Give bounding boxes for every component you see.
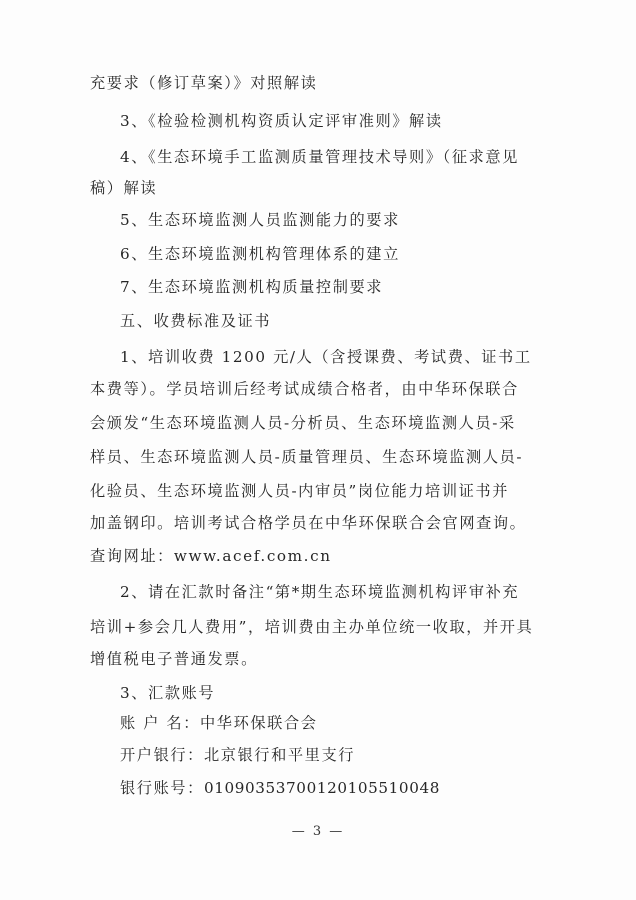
list-item-4: 4、《生态环境手工监测质量管理技术导则》（征求意见 — [120, 147, 565, 167]
remittance-note-line: 培训+参会几人费用”，培训费由主办单位统一收取，并开具 — [90, 617, 535, 637]
page-number: — 3 — — [0, 824, 636, 839]
account-number-label: 银行账号： — [120, 778, 204, 798]
text-line: 稿）解读 — [90, 178, 535, 198]
account-name-row: 账 户 名：中华环保联合会 — [120, 713, 565, 733]
fee-paragraph-line: 化验员、生态环境监测人员-内审员”岗位能力培训证书并 — [90, 481, 535, 501]
list-item-7: 7、生态环境监测机构质量控制要求 — [120, 277, 565, 297]
document-page: 充要求（修订草案）》对照解读 3、《检验检测机构资质认定评审准则》解读 4、《生… — [0, 0, 636, 900]
remittance-note-line: 增值税电子普通发票。 — [90, 649, 535, 669]
account-number-value: 01090353700120105510048 — [204, 779, 440, 797]
fee-paragraph-line: 样员、生态环境监测人员-质量管理员、生态环境监测人员- — [90, 447, 535, 467]
remittance-note-line: 2、请在汇款时备注“第*期生态环境监测机构评审补充 — [120, 582, 565, 602]
account-name-value: 中华环保联合会 — [200, 714, 318, 732]
account-number-row: 银行账号：01090353700120105510048 — [120, 778, 565, 798]
list-item-3: 3、《检验检测机构资质认定评审准则》解读 — [120, 111, 565, 131]
bank-name-value: 北京银行和平里支行 — [204, 746, 355, 764]
query-url-line: 查询网址：www.acef.com.cn — [90, 546, 535, 566]
account-name-label: 账 户 名： — [120, 713, 200, 733]
fee-paragraph-line: 加盖钢印。培训考试合格学员在中华环保联合会官网查询。 — [90, 513, 535, 533]
account-heading: 3、汇款账号 — [120, 683, 565, 703]
fee-paragraph-line: 会颁发“生态环境监测人员-分析员、生态环境监测人员-采 — [90, 413, 535, 433]
section-heading: 五、收费标准及证书 — [120, 311, 565, 331]
list-item-6: 6、生态环境监测机构管理体系的建立 — [120, 244, 565, 264]
bank-name-row: 开户银行：北京银行和平里支行 — [120, 745, 565, 765]
list-item-5: 5、生态环境监测人员监测能力的要求 — [120, 210, 565, 230]
fee-paragraph-line: 本费等）。学员培训后经考试成绩合格者，由中华环保联合 — [90, 379, 535, 399]
text-line: 充要求（修订草案）》对照解读 — [90, 73, 535, 93]
fee-paragraph-line: 1、培训收费 1200 元/人（含授课费、考试费、证书工 — [120, 347, 565, 367]
bank-name-label: 开户银行： — [120, 745, 204, 765]
